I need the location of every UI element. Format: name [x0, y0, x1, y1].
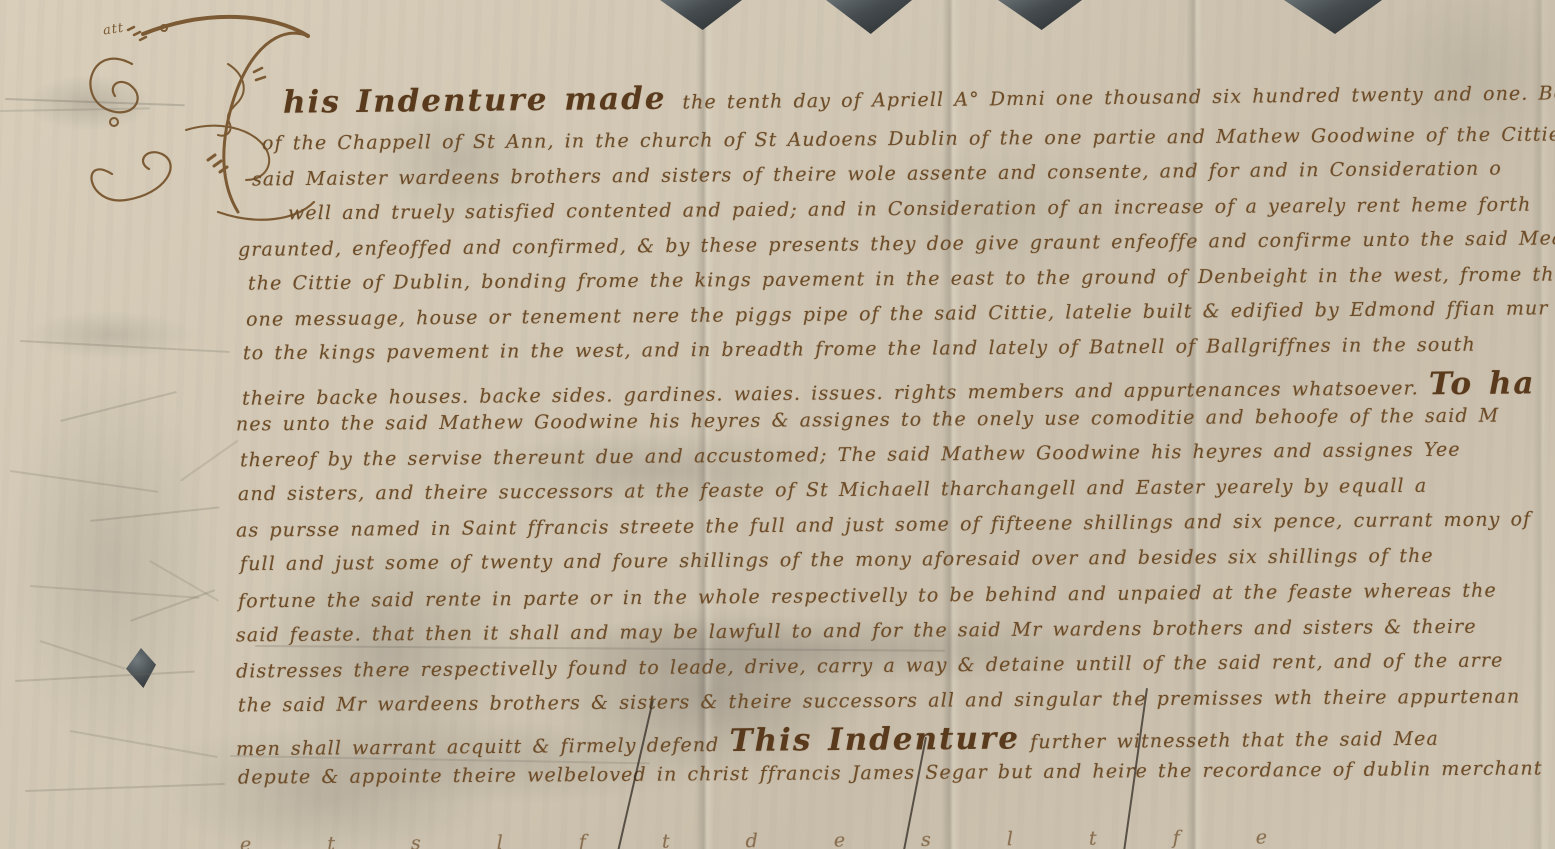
marginal-scribble: att [102, 21, 125, 39]
display-script-text: To ha [1429, 365, 1536, 402]
display-script-text: his Indenture made [283, 81, 683, 121]
body-script-text: further witnesseth that the said Mea [1020, 728, 1439, 754]
display-script-text: This Indenture [729, 720, 1020, 759]
photo-of-indenture: att his Indenture made the tenth day of … [0, 0, 1555, 849]
